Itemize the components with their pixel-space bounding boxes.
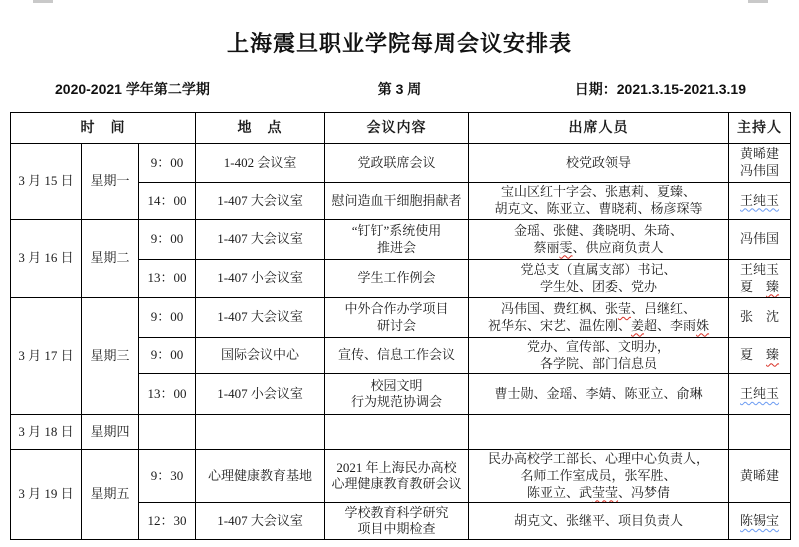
time-cell: 9：00 <box>139 298 196 338</box>
page-title: 上海震旦职业学院每周会议安排表 <box>0 27 799 58</box>
content-cell: 宣传、信息工作会议 <box>325 338 469 374</box>
weekday-cell-tue: 星期二 <box>82 220 139 298</box>
weekday-cell-thu: 星期四 <box>82 415 139 450</box>
host-cell: 王纯玉 <box>729 183 791 220</box>
date-cell-wed: 3 月 17 日 <box>11 298 82 415</box>
weekday-cell-mon: 星期一 <box>82 144 139 220</box>
attendees-cell: 校党政领导 <box>469 144 729 183</box>
window-crop-artifact-right <box>748 0 768 3</box>
host-cell: 黄晞建 <box>729 450 791 503</box>
subtitle-row: 2020-2021 学年第二学期 第 3 周 日期：2021.3.15-2021… <box>0 79 799 97</box>
location-cell: 1-407 小会议室 <box>196 374 325 415</box>
window-crop-artifact-left <box>33 0 53 3</box>
host-cell: 王纯玉 <box>729 374 791 415</box>
attendees-cell: 党办、宣传部、文明办， 各学院、部门信息员 <box>469 338 729 374</box>
time-cell: 9：30 <box>139 450 196 503</box>
location-cell: 1-407 大会议室 <box>196 220 325 260</box>
content-cell: 中外合作办学项目 研讨会 <box>325 298 469 338</box>
weekday-cell-fri: 星期五 <box>82 450 139 540</box>
time-cell: 12：30 <box>139 503 196 540</box>
location-cell: 心理健康教育基地 <box>196 450 325 503</box>
content-cell: 党政联席会议 <box>325 144 469 183</box>
attendees-cell: 冯伟国、费红枫、张莹、吕继红、 祝华东、宋艺、温佐刚、姜超、李雨姝 <box>469 298 729 338</box>
date-cell-thu: 3 月 18 日 <box>11 415 82 450</box>
location-cell: 1-407 大会议室 <box>196 298 325 338</box>
content-cell: 慰问造血干细胞捐献者 <box>325 183 469 220</box>
attendees-cell: 宝山区红十字会、张惠莉、夏臻、 胡克文、陈亚立、曹晓莉、杨彦琛等 <box>469 183 729 220</box>
time-cell: 9：00 <box>139 144 196 183</box>
col-header-time: 时 间 <box>11 113 196 144</box>
attendees-cell: 民办高校学工部长、心理中心负责人， 名师工作室成员，张军胜、 陈亚立、武莹莹、冯… <box>469 450 729 503</box>
time-cell: 9：00 <box>139 338 196 374</box>
date-cell-fri: 3 月 19 日 <box>11 450 82 540</box>
host-cell: 夏 臻 <box>729 338 791 374</box>
location-cell: 1-407 大会议室 <box>196 183 325 220</box>
host-cell: 陈锡宝 <box>729 503 791 540</box>
attendees-cell: 金瑶、张健、龚晓明、朱琦、 蔡丽雯、供应商负责人 <box>469 220 729 260</box>
time-cell: 13：00 <box>139 260 196 298</box>
content-cell: 2021 年上海民办高校 心理健康教育教研会议 <box>325 450 469 503</box>
attendees-cell: 胡克文、张继平、项目负责人 <box>469 503 729 540</box>
date-cell-tue: 3 月 16 日 <box>11 220 82 298</box>
host-cell: 张 沈 <box>729 298 791 338</box>
weekday-cell-wed: 星期三 <box>82 298 139 415</box>
host-cell: 王纯玉 夏 臻 <box>729 260 791 298</box>
semester-label: 2020-2021 学年第二学期 <box>55 79 210 99</box>
col-header-attendees: 出席人员 <box>469 113 729 144</box>
attendees-cell: 党总支（直属支部）书记、 学生处、团委、党办 <box>469 260 729 298</box>
content-cell <box>325 415 469 450</box>
location-cell: 1-407 小会议室 <box>196 260 325 298</box>
location-cell: 国际会议中心 <box>196 338 325 374</box>
host-cell: 冯伟国 <box>729 220 791 260</box>
content-cell: “钉钉”系统使用 推进会 <box>325 220 469 260</box>
col-header-host: 主持人 <box>729 113 791 144</box>
time-cell: 13：00 <box>139 374 196 415</box>
schedule-table: 时 间 地 点 会议内容 出席人员 主持人 3 月 15 日 星期一 9：00 … <box>10 112 791 540</box>
location-cell <box>196 415 325 450</box>
content-cell: 学校教育科学研究 项目中期检查 <box>325 503 469 540</box>
location-cell: 1-402 会议室 <box>196 144 325 183</box>
content-cell: 学生工作例会 <box>325 260 469 298</box>
date-cell-mon: 3 月 15 日 <box>11 144 82 220</box>
time-cell: 9：00 <box>139 220 196 260</box>
col-header-location: 地 点 <box>196 113 325 144</box>
date-range-label: 日期：2021.3.15-2021.3.19 <box>575 79 746 99</box>
attendees-cell: 曹士勋、金瑶、李婧、陈亚立、俞琳 <box>469 374 729 415</box>
time-cell <box>139 415 196 450</box>
week-label: 第 3 周 <box>378 79 422 99</box>
attendees-cell <box>469 415 729 450</box>
host-cell: 黄晞建 冯伟国 <box>729 144 791 183</box>
location-cell: 1-407 大会议室 <box>196 503 325 540</box>
col-header-content: 会议内容 <box>325 113 469 144</box>
content-cell: 校园文明 行为规范协调会 <box>325 374 469 415</box>
time-cell: 14：00 <box>139 183 196 220</box>
host-cell <box>729 415 791 450</box>
